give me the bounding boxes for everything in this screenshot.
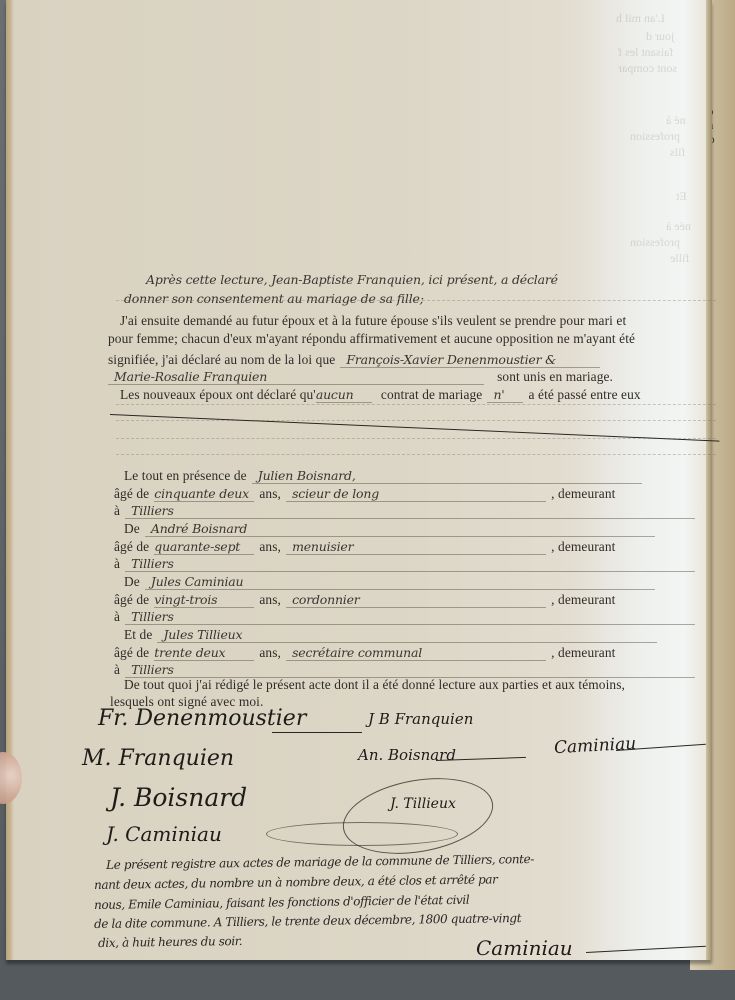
signature-witness-andre: An. Boisnard	[358, 746, 456, 764]
ruled-line	[116, 454, 716, 455]
ruled-line	[116, 404, 716, 405]
witness-name-field: Julien Boisnard,	[252, 468, 642, 484]
page-left-edge	[6, 0, 14, 960]
closing-note-line-4: de la dite commune. A Tilliers, le trent…	[94, 908, 714, 931]
witness-residence-field: Tilliers	[125, 609, 695, 625]
thumb	[0, 752, 22, 804]
ghost-text: fils	[670, 144, 685, 161]
contract-line: Les nouveaux époux ont déclaré qu'aucun …	[120, 384, 710, 404]
witness-4-residence-line: à Tilliers	[114, 659, 704, 679]
signature-witness-jules-caminiau: J. Caminiau	[106, 822, 222, 846]
ghost-text: faisant les f	[618, 44, 673, 61]
witness-intro: Et de	[124, 627, 152, 642]
signature-father: J B Franquien	[368, 710, 473, 728]
contract-field-b: n'	[487, 387, 523, 403]
contract-printed-b: contrat de mariage	[381, 387, 482, 402]
age-label: âgé de	[114, 592, 149, 607]
ruled-line	[116, 420, 716, 421]
witness-name-field: André Boisnard	[145, 521, 655, 537]
signature-witness-julien: J. Boisnard	[110, 783, 247, 812]
closing-note-line-1: Le présent registre aux actes de mariage…	[106, 849, 726, 872]
bride-name-field: Marie-Rosalie Franquien	[108, 369, 484, 385]
at-label: à	[114, 556, 120, 571]
declaration-line-1: J'ai ensuite demandé au futur époux et à…	[120, 313, 710, 333]
witness-2-name-line: De André Boisnard	[124, 518, 714, 538]
consent-line-2: donner son consentement au mariage de sa…	[124, 291, 714, 311]
ghost-text: née à	[666, 218, 691, 235]
witness-intro: Le tout en présence de	[124, 468, 247, 483]
witness-3-residence-line: à Tilliers	[114, 606, 704, 626]
years-label: ans,	[259, 592, 281, 607]
ghost-text: jour d	[646, 28, 674, 45]
witness-name-field: Jules Tillieux	[157, 627, 657, 643]
residing-label: , demeurant	[551, 645, 615, 660]
declaration-line-2: pour femme; chacun d'eux m'ayant répondu…	[108, 331, 698, 351]
consent-line-1: Après cette lecture, Jean-Baptiste Franq…	[146, 272, 735, 292]
signature-bride: M. Franquien	[82, 746, 234, 771]
age-label: âgé de	[114, 539, 149, 554]
signature-groom: Fr. Denenmoustier	[98, 706, 306, 731]
witness-residence-field: Tilliers	[125, 662, 695, 678]
at-label: à	[114, 662, 120, 677]
ghost-text: profession	[630, 234, 680, 251]
witness-1-residence-line: à Tilliers	[114, 500, 704, 520]
ghost-text: né à	[666, 112, 686, 129]
signature-underline	[586, 946, 706, 953]
at-label: à	[114, 503, 120, 518]
years-label: ans,	[259, 645, 281, 660]
declaration-printed-end: sont unis en mariage.	[497, 369, 613, 384]
ruled-line	[116, 438, 716, 439]
declaration-line-4: Marie-Rosalie Franquien sont unis en mar…	[108, 366, 698, 386]
closing-note-signature: Caminiau	[476, 936, 573, 960]
closing-note-line-5: dix, à huit heures du soir.	[98, 927, 718, 950]
witness-residence-field: Tilliers	[125, 556, 695, 572]
contract-printed-a: Les nouveaux époux ont déclaré qu'	[120, 387, 316, 402]
at-label: à	[114, 609, 120, 624]
age-label: âgé de	[114, 486, 149, 501]
witness-name-field: Jules Caminiau	[145, 574, 655, 590]
signature-flourish	[266, 822, 458, 846]
witness-intro: De	[124, 574, 140, 589]
ghost-text: L'an mil h	[616, 10, 665, 27]
signature-witness-caminiau: Caminiau	[554, 734, 637, 758]
witness-residence-field: Tilliers	[125, 503, 695, 519]
closing-note-line-3: nous, Emile Caminiau, faisant les foncti…	[94, 889, 714, 912]
contract-printed-c: a été passé entre eux	[529, 387, 641, 402]
residing-label: , demeurant	[551, 486, 615, 501]
ghost-text: profession	[630, 128, 680, 145]
register-page: L'an mil h jour d faisant les f sont com…	[6, 0, 712, 960]
witness-intro: De	[124, 521, 140, 536]
residing-label: , demeurant	[551, 592, 615, 607]
witness-2-residence-line: à Tilliers	[114, 553, 704, 573]
signature-underline	[272, 732, 362, 733]
ghost-text: Et	[676, 188, 687, 205]
closing-note-line-2: nant deux actes, du nombre un à nombre d…	[94, 869, 714, 892]
witness-4-name-line: Et de Jules Tillieux	[124, 624, 714, 644]
years-label: ans,	[259, 539, 281, 554]
declaration-printed: signifiée, j'ai déclaré au nom de la loi…	[108, 352, 335, 367]
ghost-text: fille	[670, 250, 689, 267]
contract-field-a: aucun	[316, 387, 372, 403]
ghost-text: sont compar	[618, 60, 677, 77]
signature-flourish	[337, 767, 499, 864]
age-label: âgé de	[114, 645, 149, 660]
residing-label: , demeurant	[551, 539, 615, 554]
witness-1-name-line: Le tout en présence de Julien Boisnard,	[124, 465, 714, 485]
witness-3-name-line: De Jules Caminiau	[124, 571, 714, 591]
years-label: ans,	[259, 486, 281, 501]
